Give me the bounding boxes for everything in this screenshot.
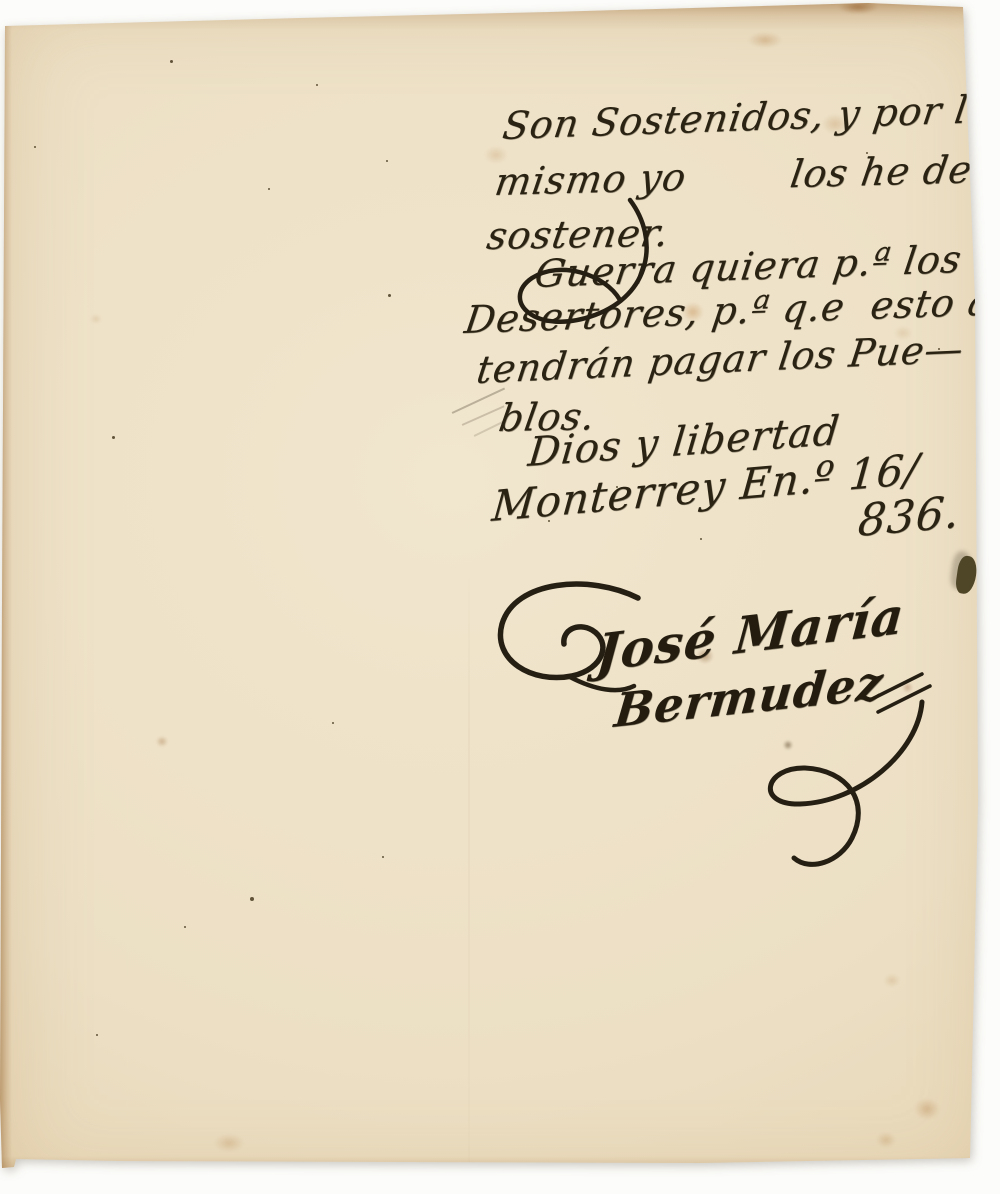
foxing-spot bbox=[838, 0, 878, 14]
ink-speck bbox=[388, 294, 391, 297]
foxing-spot bbox=[90, 314, 102, 324]
photo-backdrop: Son Sostenidos, y por lo mismo yo los he… bbox=[0, 0, 1000, 1194]
foxing-spot bbox=[884, 974, 900, 987]
paper-edge-bottom-browning bbox=[0, 1156, 1000, 1168]
foxing-spot bbox=[156, 736, 168, 747]
foxing-spot bbox=[876, 1132, 896, 1148]
ink-speck bbox=[170, 60, 173, 63]
ink-speck bbox=[268, 188, 270, 190]
ink-speck bbox=[386, 160, 388, 162]
ink-speck bbox=[184, 926, 186, 928]
ink-speck bbox=[700, 538, 702, 540]
ink-speck bbox=[316, 84, 318, 86]
ink-speck bbox=[112, 436, 115, 439]
ink-speck bbox=[34, 146, 36, 148]
ink-speck bbox=[250, 897, 254, 901]
paper-edge-left-browning bbox=[0, 0, 12, 1194]
letter-paper-wrap: Son Sostenidos, y por lo mismo yo los he… bbox=[0, 0, 1000, 1194]
ink-speck bbox=[96, 1034, 98, 1036]
foxing-spot bbox=[748, 32, 782, 48]
date-year: 836. bbox=[856, 487, 962, 547]
ink-speck bbox=[332, 722, 334, 724]
pen-flourish bbox=[480, 190, 680, 350]
letter-line-1: Son Sostenidos, y por lo bbox=[500, 87, 995, 148]
foxing-spot bbox=[914, 1098, 940, 1120]
foxing-spot bbox=[214, 1134, 244, 1152]
paper-edge-right-browning bbox=[986, 0, 1000, 1194]
paper-sheet: Son Sostenidos, y por lo mismo yo los he… bbox=[0, 0, 1000, 1194]
ink-speck bbox=[382, 856, 384, 858]
paper-corner-browning bbox=[880, 0, 1000, 70]
